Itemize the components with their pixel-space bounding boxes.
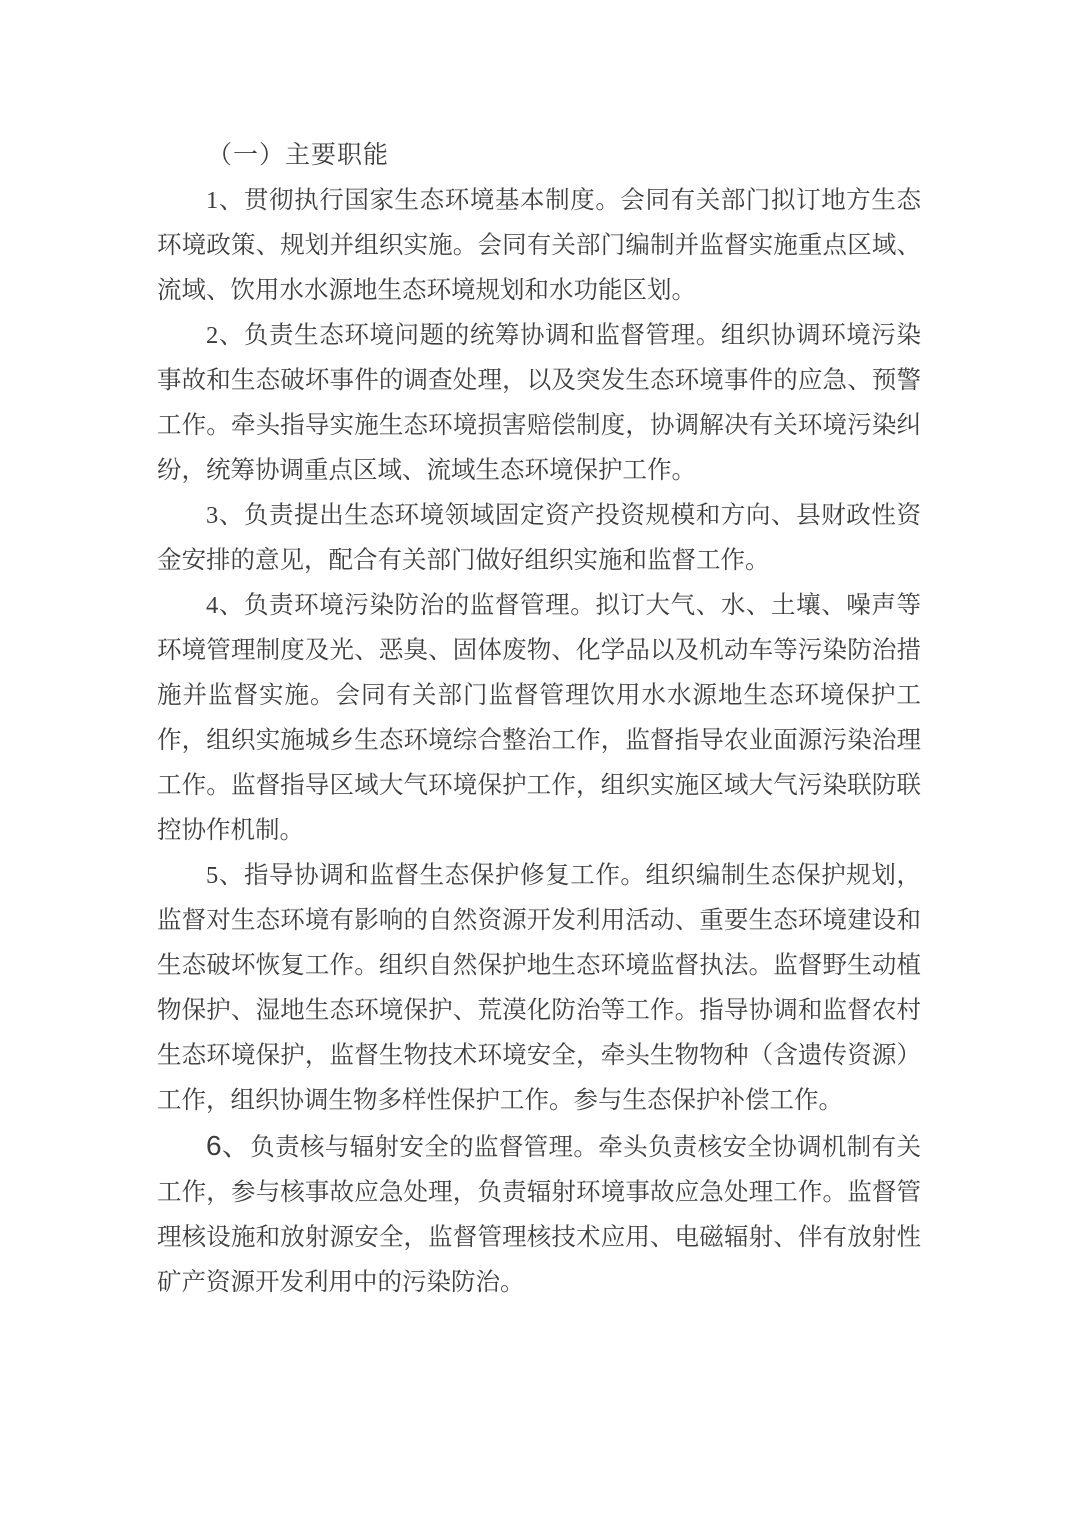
paragraph-number: 1、 <box>206 187 244 214</box>
paragraph-number: 5、 <box>206 862 244 889</box>
document-content: （一）主要职能 1、贯彻执行国家生态环境基本制度。会同有关部门拟订地方生态环境政… <box>157 133 921 1305</box>
paragraph-number: 4、 <box>206 592 244 619</box>
paragraph-number: 6、 <box>206 1130 250 1161</box>
duty-paragraph-4: 4、负责环境污染防治的监督管理。拟订大气、水、土壤、噪声等环境管理制度及光、恶臭… <box>157 583 921 853</box>
duty-paragraph-5: 5、指导协调和监督生态保护修复工作。组织编制生态保护规划，监督对生态环境有影响的… <box>157 853 921 1123</box>
document-page: （一）主要职能 1、贯彻执行国家生态环境基本制度。会同有关部门拟订地方生态环境政… <box>0 0 1074 1520</box>
paragraph-text: 负责核与辐射安全的监督管理。牵头负责核安全协调机制有关工作，参与核事故应急处理，… <box>157 1134 921 1296</box>
paragraph-text: 负责生态环境问题的统筹协调和监督管理。组织协调环境污染事故和生态破坏事件的调查处… <box>157 322 921 484</box>
duty-paragraph-3: 3、负责提出生态环境领域固定资产投资规模和方向、县财政性资金安排的意见，配合有关… <box>157 493 921 583</box>
duty-paragraph-6: 6、负责核与辐射安全的监督管理。牵头负责核安全协调机制有关工作，参与核事故应急处… <box>157 1123 921 1305</box>
duty-paragraph-1: 1、贯彻执行国家生态环境基本制度。会同有关部门拟订地方生态环境政策、规划并组织实… <box>157 178 921 313</box>
paragraph-text: 负责提出生态环境领域固定资产投资规模和方向、县财政性资金安排的意见，配合有关部门… <box>157 502 921 574</box>
paragraph-text: 指导协调和监督生态保护修复工作。组织编制生态保护规划，监督对生态环境有影响的自然… <box>157 862 921 1114</box>
paragraph-number: 2、 <box>206 322 244 349</box>
section-heading: （一）主要职能 <box>157 133 921 178</box>
paragraph-text: 负责环境污染防治的监督管理。拟订大气、水、土壤、噪声等环境管理制度及光、恶臭、固… <box>157 592 921 844</box>
paragraph-text: 贯彻执行国家生态环境基本制度。会同有关部门拟订地方生态环境政策、规划并组织实施。… <box>157 187 921 304</box>
duty-paragraph-2: 2、负责生态环境问题的统筹协调和监督管理。组织协调环境污染事故和生态破坏事件的调… <box>157 313 921 493</box>
paragraph-number: 3、 <box>206 502 244 529</box>
